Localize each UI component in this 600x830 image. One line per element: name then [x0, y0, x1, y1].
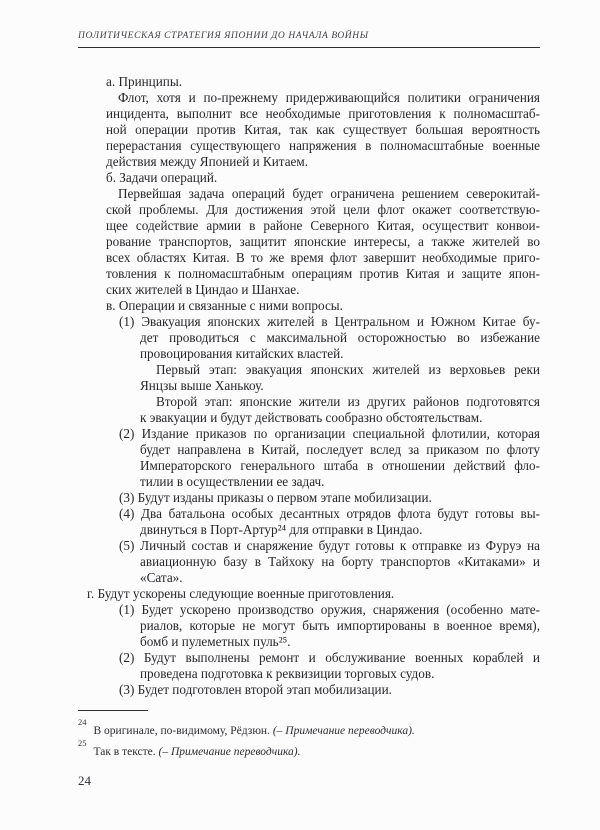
footnote-24: 24В оригинале, по-видимому, Рёдзюн. (– П… [78, 718, 540, 739]
footnote-translator-note: (– Примечание переводчика). [159, 746, 301, 758]
text-line: (3) Будет подготовлен второй этап мобили… [140, 682, 540, 698]
text-line: (1) Будет ускорено производство оружия, … [140, 602, 540, 618]
footnote-25: 25Так в тексте. (– Примечание переводчик… [78, 739, 540, 760]
text-line: дет проводиться с максимальной осторожно… [140, 330, 540, 346]
text-line: «Сата». [140, 570, 540, 586]
text-line: (1) Эвакуация японских жителей в Централ… [140, 314, 540, 330]
page-number: 24 [78, 773, 91, 789]
text-line: ной операции против Китая, так как сущес… [106, 122, 540, 138]
text-line: Императорского генерального штаба в отно… [140, 458, 540, 474]
footnote-rule [78, 710, 148, 711]
letter-item-v: в. Операции и связанные с ними вопросы. [106, 298, 540, 314]
sub-paragraph-second-stage: Второй этап: японские жители из других р… [106, 394, 540, 426]
text-line: Первый этап: эвакуация японских жителей … [140, 362, 540, 378]
document-quote-block: а. Принципы. Флот, хотя и по-прежнему пр… [106, 74, 540, 698]
text-line: бомб и пулеметных пуль²⁵. [140, 634, 540, 650]
numbered-item-g3: (3) Будет подготовлен второй этап мобили… [106, 682, 540, 698]
footnotes-section: 24В оригинале, по-видимому, Рёдзюн. (– П… [78, 710, 540, 760]
numbered-item-1: (1) Эвакуация японских жителей в Централ… [106, 314, 540, 362]
text-line: действия между Японией и Китаем. [106, 154, 540, 170]
text-line: в. Операции и связанные с ними вопросы. [106, 298, 540, 314]
text-line: Второй этап: японские жители из других р… [140, 394, 540, 410]
letter-item-a: а. Принципы. [106, 74, 540, 90]
text-line: (5) Личный состав и снаряжение будут гот… [140, 538, 540, 554]
text-line: (4) Два батальона особых десантных отряд… [140, 506, 540, 522]
text-line: Первейшая задача операций будет ограниче… [106, 186, 540, 202]
text-line: двинуться в Порт-Артур²⁴ для отправки в … [140, 522, 540, 538]
sub-paragraph-first-stage: Первый этап: эвакуация японских жителей … [106, 362, 540, 394]
text-line: авиационную базу в Тайхоку на борту тран… [140, 554, 540, 570]
text-line: риалов, которые не могут быть импортиров… [140, 618, 540, 634]
text-line: будет направлена в Китай, последует всле… [140, 442, 540, 458]
text-line: (3) Будут изданы приказы о первом этапе … [140, 490, 540, 506]
paragraph-tasks: Первейшая задача операций будет ограниче… [106, 186, 540, 298]
text-line: а. Принципы. [106, 74, 540, 90]
text-line: (2) Издание приказов по организации спец… [140, 426, 540, 442]
text-line: Флот, хотя и по-прежнему придерживающийс… [106, 90, 540, 106]
text-line: тилии в осуществлении ее задач. [140, 474, 540, 490]
text-line: к эвакуации и будут действовать сообразн… [140, 410, 540, 426]
text-line: ских жителей в Циндао и Шанхае. [106, 282, 540, 298]
running-header: ПОЛИТИЧЕСКАЯ СТРАТЕГИЯ ЯПОНИИ ДО НАЧАЛА … [78, 31, 540, 48]
text-line: Янцзы выше Ханькоу. [140, 378, 540, 394]
letter-item-g: г. Будут ускорены следующие военные приг… [87, 586, 540, 602]
numbered-item-2: (2) Издание приказов по организации спец… [106, 426, 540, 490]
numbered-item-5: (5) Личный состав и снаряжение будут гот… [106, 538, 540, 586]
text-line: товления к полномасштабным операциям про… [106, 266, 540, 282]
numbered-item-g1: (1) Будет ускорено производство оружия, … [106, 602, 540, 650]
text-line: проведена подготовка к реквизиции торгов… [140, 666, 540, 682]
numbered-item-4: (4) Два батальона особых десантных отряд… [106, 506, 540, 538]
text-line: рование транспортов, защитит японские ин… [106, 234, 540, 250]
text-line: щее содействие армии в районе Северного … [106, 218, 540, 234]
paragraph-principles: Флот, хотя и по-прежнему придерживающийс… [106, 90, 540, 170]
text-line: провоцирования китайских властей. [140, 346, 540, 362]
letter-item-b: б. Задачи операций. [106, 170, 540, 186]
text-line: перерастания существующего напряжения в … [106, 138, 540, 154]
footnote-text: Так в тексте. [94, 746, 156, 758]
numbered-item-3: (3) Будут изданы приказы о первом этапе … [106, 490, 540, 506]
text-line: (2) Будут выполнены ремонт и обслуживани… [140, 650, 540, 666]
footnote-text: В оригинале, по-видимому, Рёдзюн. [94, 725, 270, 737]
text-line: инцидента, выполнит все необходимые приг… [106, 106, 540, 122]
text-line: ской проблемы. Для достижения этой цели … [106, 202, 540, 218]
footnote-translator-note: (– Примечание переводчика). [273, 725, 415, 737]
footnote-marker: 25 [78, 738, 87, 748]
footnote-marker: 24 [78, 717, 87, 727]
text-line: г. Будут ускорены следующие военные приг… [87, 586, 540, 602]
text-line: всех областях Китая. В то же время флот … [106, 250, 540, 266]
book-page: ПОЛИТИЧЕСКАЯ СТРАТЕГИЯ ЯПОНИИ ДО НАЧАЛА … [0, 0, 600, 830]
text-line: б. Задачи операций. [106, 170, 540, 186]
numbered-item-g2: (2) Будут выполнены ремонт и обслуживани… [106, 650, 540, 682]
